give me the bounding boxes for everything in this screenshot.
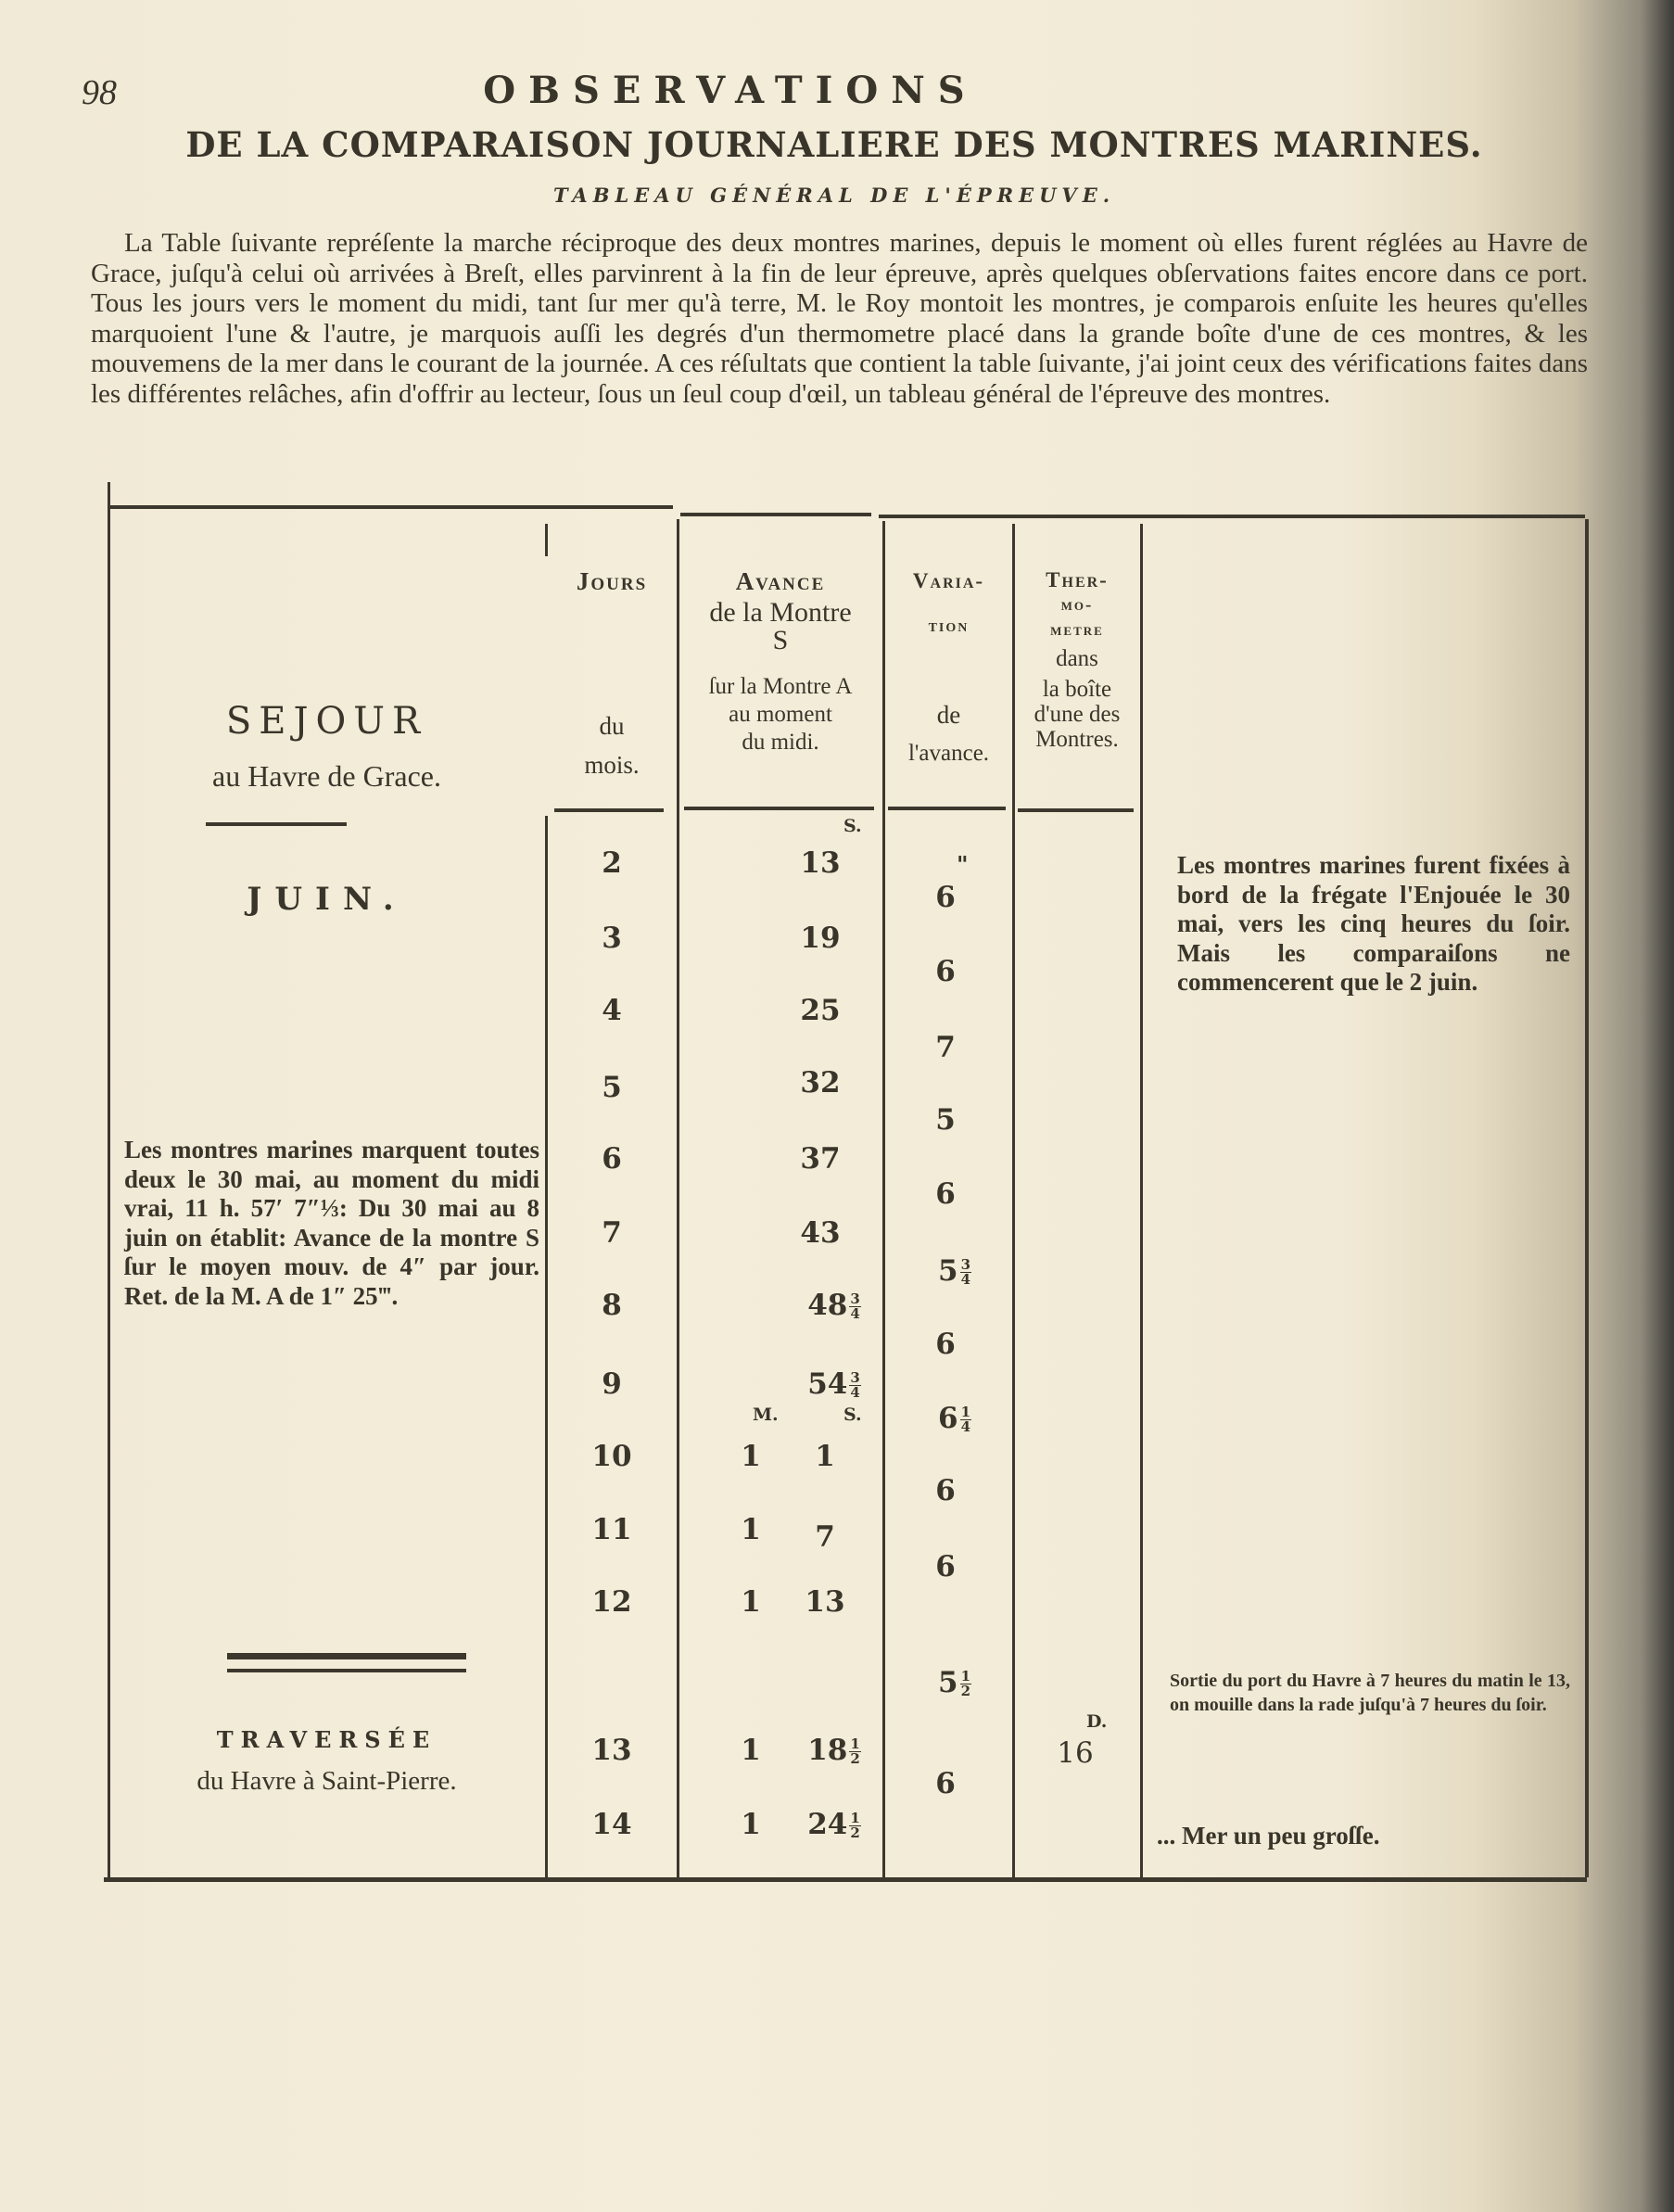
header-rule (1018, 808, 1134, 812)
fraction: 12 (849, 1812, 860, 1840)
table-row: 3 (549, 922, 675, 955)
unit-degrees: D. (1086, 1711, 1107, 1732)
header-line: d'une des (1014, 702, 1140, 727)
page-title: OBSERVATIONS (0, 69, 1674, 112)
column-divider (545, 524, 548, 556)
minutes-cell: 1 (732, 1513, 769, 1546)
seconds-cell: 19 (779, 922, 862, 955)
seconds-cell: 5434 (793, 1367, 876, 1401)
seconds-cell: 4834 (793, 1289, 876, 1322)
section-subtitle: du Havre à Saint-Pierre. (111, 1766, 542, 1797)
seconds-cell: 1812 (793, 1734, 876, 1767)
table-row: 14 (549, 1808, 675, 1841)
variation-cell: 6 (904, 1550, 987, 1583)
header-line: metre (1014, 617, 1140, 642)
table-row: 11 (549, 1513, 675, 1546)
header-line: Ther- (1014, 567, 1140, 592)
section-title: TABLEAU GÉNÉRAL DE L'ÉPREUVE. (148, 184, 1520, 207)
table-row: 9 (549, 1367, 675, 1401)
column-header-thermometre: Ther- mo- metre dans la boîte d'une des … (1014, 567, 1140, 752)
intro-text: La Table ſuivante repréſente la marche r… (91, 228, 1588, 409)
section-subtitle: au Havre de Grace. (111, 759, 542, 794)
table-top-rule (108, 505, 673, 509)
minutes-cell: 1 (732, 1585, 769, 1619)
day-cell: 9 (602, 1367, 622, 1401)
header-line: ſur la Montre A (678, 673, 882, 701)
remark-note: ... Mer un peu groſſe. (1157, 1822, 1565, 1850)
variation-cell: 534 (913, 1254, 996, 1288)
column-header-jours: Jours du mois. (549, 567, 675, 779)
column-header-variation: Varia- tion de l'avance. (885, 567, 1012, 768)
section-rule (206, 822, 347, 826)
header-line: du midi. (678, 729, 882, 756)
month-title: JUIN. (111, 881, 542, 918)
section-traversee: TRAVERSÉE du Havre à Saint-Pierre. (111, 1726, 542, 1797)
header-line: S (678, 627, 882, 655)
day-cell: 11 (591, 1513, 631, 1546)
variation-cell: 614 (913, 1402, 996, 1435)
variation-cell: 7 (904, 1031, 987, 1064)
column-header-avance: Avance de la Montre S ſur la Montre A au… (678, 567, 882, 756)
day-cell: 13 (591, 1734, 631, 1767)
day-cell: 4 (602, 994, 622, 1027)
variation-cell: 512 (913, 1666, 996, 1699)
section-title: TRAVERSÉE (111, 1726, 542, 1753)
header-line: Montres. (1014, 727, 1140, 752)
table-row: 8 (549, 1289, 675, 1322)
seconds-cell: 7 (797, 1520, 853, 1554)
header-line: tion (885, 612, 1012, 640)
remark-note: Sortie du port du Havre à 7 heures du ma… (1170, 1669, 1570, 1717)
table-row: 7 (549, 1216, 675, 1250)
table-top-rule (680, 513, 871, 516)
unit-seconds: S. (843, 1405, 862, 1425)
day-cell: 2 (602, 846, 622, 880)
variation-cell: 6 (904, 955, 987, 988)
fraction: 12 (849, 1737, 860, 1766)
intro-paragraph: La Table ſuivante repréſente la marche r… (91, 228, 1588, 409)
header-line: la boîte (1014, 677, 1140, 702)
unit-minutes: M. (753, 1405, 779, 1425)
seconds-cell: 1 (797, 1440, 853, 1473)
day-cell: 3 (602, 922, 622, 955)
column-divider (1140, 524, 1143, 1877)
header-line: Varia- (885, 567, 1012, 595)
table-row: 5 (549, 1071, 675, 1104)
header-rule (684, 807, 874, 810)
table-row: 12 (549, 1585, 675, 1619)
thermometre-cell: 16 (1047, 1736, 1103, 1770)
seconds-cell: 32 (779, 1066, 862, 1100)
seconds-cell: 37 (779, 1142, 862, 1176)
section-sejour: SEJOUR au Havre de Grace. (111, 700, 542, 794)
section-double-rule (227, 1669, 466, 1672)
seconds-cell: 25 (779, 994, 862, 1027)
day-cell: 7 (602, 1216, 622, 1250)
fraction: 34 (849, 1371, 860, 1400)
header-line: mo- (1014, 592, 1140, 617)
variation-cell: 6 (904, 1767, 987, 1800)
table-row: 10 (549, 1440, 675, 1473)
header-line: au moment (678, 701, 882, 729)
header-line: Avance (678, 567, 882, 595)
header-rule (888, 807, 1006, 810)
seconds-cell: 43 (779, 1216, 862, 1250)
day-cell: 14 (591, 1808, 631, 1841)
minutes-cell: 1 (732, 1440, 769, 1473)
fraction: 14 (960, 1405, 971, 1434)
day-cell: 6 (602, 1142, 622, 1176)
month-label: JUIN. (111, 881, 542, 918)
page-subtitle: DE LA COMPARAISON JOURNALIERE DES MONTRE… (148, 124, 1520, 165)
table-right-border (1585, 519, 1589, 1877)
remark-note: Les montres marines furent fixées à bord… (1177, 851, 1570, 998)
variation-cell: 6 (904, 881, 987, 914)
unit-seconds: S. (843, 816, 862, 836)
table-row: 13 (549, 1734, 675, 1767)
minutes-cell: 1 (732, 1734, 769, 1767)
seconds-cell: 13 (779, 846, 862, 880)
header-line: du (549, 712, 675, 740)
day-cell: 8 (602, 1289, 622, 1322)
header-line: dans (1014, 646, 1140, 671)
column-divider (545, 816, 548, 1877)
day-cell: 10 (591, 1440, 631, 1473)
seconds-cell: 13 (793, 1585, 857, 1619)
fraction: 34 (849, 1292, 860, 1321)
variation-cell: 6 (904, 1328, 987, 1361)
minutes-cell: 1 (732, 1808, 769, 1841)
sejour-note: Les montres marines marquent toutes deux… (124, 1136, 539, 1311)
table-row: 6 (549, 1142, 675, 1176)
table-bottom-rule (104, 1877, 1587, 1882)
fraction: 12 (960, 1670, 971, 1698)
unit-variation-seconds: " (957, 851, 969, 878)
header-rule (554, 808, 664, 812)
day-cell: 5 (602, 1071, 622, 1104)
variation-cell: 6 (904, 1474, 987, 1507)
day-cell: 12 (591, 1585, 631, 1619)
seconds-cell: 2412 (793, 1808, 876, 1841)
header-line: Jours (549, 567, 675, 595)
header-line: mois. (549, 751, 675, 779)
table-left-border (108, 482, 110, 1877)
table-top-rule (879, 515, 1585, 518)
variation-cell: 5 (904, 1103, 987, 1137)
fraction: 34 (960, 1258, 971, 1287)
variation-cell: 6 (904, 1177, 987, 1211)
table-row: 2 (549, 846, 675, 880)
header-line: de la Montre (678, 599, 882, 627)
section-title: SEJOUR (111, 700, 542, 743)
header-line: l'avance. (885, 740, 1012, 768)
header-line: de (885, 701, 1012, 729)
table-row: 4 (549, 994, 675, 1027)
section-double-rule (227, 1653, 466, 1659)
